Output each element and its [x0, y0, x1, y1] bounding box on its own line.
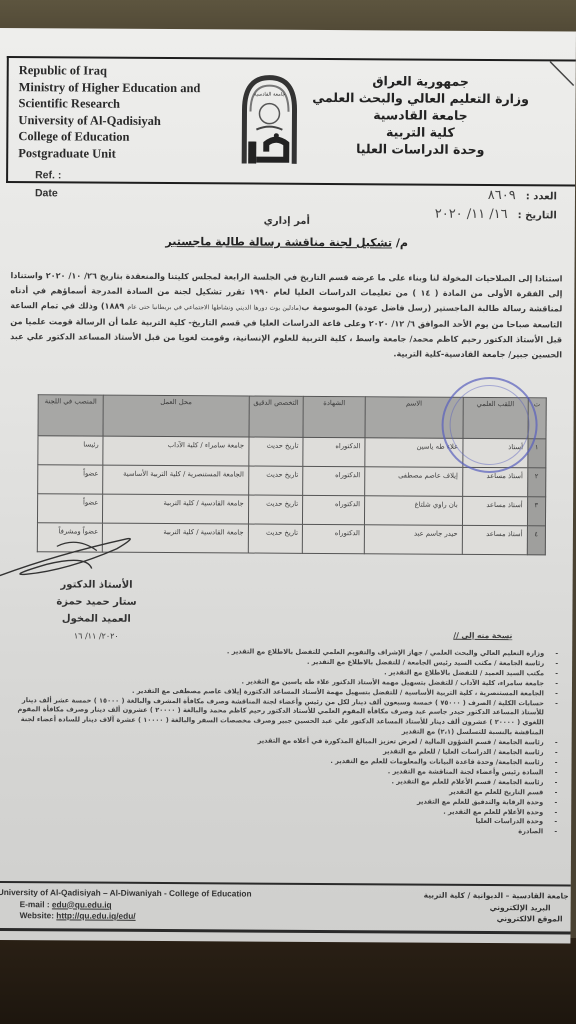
cell-name: حيدر جاسم عبد	[364, 525, 462, 555]
letterhead-arabic: جمهورية العراق وزارة التعليم العالي والب…	[305, 72, 536, 158]
cell-degree: الدكتوراه	[303, 495, 365, 524]
thesis-title: (مادلين بوث دورها الديني ونشاطها الاجتما…	[127, 304, 301, 312]
en-line-unit: Postgraduate Unit	[18, 145, 200, 163]
cell-name: إيلاف عاصم مصطفى	[365, 467, 463, 497]
footer-arabic: جامعة القادسية – الديوانية / كلية التربي…	[423, 890, 568, 925]
signatory-date: ٢٠٢٠/ ١١/ ١٦	[16, 627, 176, 645]
list-item: الصادرة	[12, 824, 557, 837]
cell-role: عضواً	[38, 465, 103, 494]
cell-degree: الدكتوراه	[303, 466, 365, 495]
signatory-title: الأستاذ الدكتور	[17, 576, 177, 594]
svg-text:جامعة القادسية: جامعة القادسية	[254, 92, 286, 98]
ar-line-university: جامعة القادسية	[305, 106, 535, 124]
cell-degree: الدكتوراه	[302, 524, 364, 553]
subject-text: تشكيل لجنة مناقشة رسالة طالبة ماجستير	[165, 235, 392, 249]
cell-workplace: جامعة القادسية / كلية التربية	[103, 494, 249, 524]
cell-specialization: تاريخ حديث	[248, 466, 303, 495]
cell-specialization: تاريخ حديث	[248, 524, 303, 553]
ar-line-unit: وحدة الدراسات العليا	[305, 140, 535, 158]
cell-index: ٣	[527, 497, 546, 526]
col-header-specialization: التخصص الدقيق	[249, 396, 304, 437]
cell-degree: الدكتوراه	[303, 437, 365, 466]
ar-line-college: كلية التربية	[305, 123, 535, 141]
background-surface-bottom	[0, 938, 576, 1024]
corner-fold-mark	[550, 61, 576, 87]
order-body: استنادا إلى الصلاحيات المخولة لنا وبناء …	[10, 268, 563, 362]
website-link[interactable]: http://qu.edu.iq/edu/	[56, 910, 135, 920]
cell-name: بان راوي شلتاغ	[364, 496, 462, 526]
order-subject: م/ تشكيل لجنة مناقشة رسالة طالبة ماجستير	[0, 234, 575, 251]
document-page: Republic of Iraq Ministry of Higher Educ…	[0, 28, 576, 944]
footer-english: University of Al-Qadisiyah – Al-Diwaniya…	[0, 887, 252, 923]
copies-title: نسخة منه إلى //	[453, 631, 512, 640]
cell-role: رئيسا	[38, 436, 103, 465]
university-crest-icon: جامعة القادسية	[236, 71, 303, 171]
website-label: Website:	[20, 910, 54, 920]
cell-index: ٤	[527, 526, 546, 555]
letter-footer: University of Al-Qadisiyah – Al-Diwaniya…	[0, 881, 571, 935]
subject-prefix: م/	[396, 236, 408, 249]
email-label: E-mail :	[20, 899, 50, 909]
ref-label: Ref. :	[35, 166, 61, 184]
official-stamp-inner-ring	[449, 385, 529, 465]
email-link[interactable]: edu@qu.edu.iq	[52, 899, 112, 909]
cell-specialization: تاريخ حديث	[248, 495, 303, 524]
cell-workplace: الجامعة المستنصرية / كلية التربية الأساس…	[103, 465, 249, 495]
order-type: أمر إداري	[0, 214, 575, 229]
en-line-research: Scientific Research	[18, 95, 200, 113]
table-row: ٣ أستاذ مساعد بان راوي شلتاغ الدكتوراه ت…	[37, 494, 545, 526]
en-line-university: University of Al-Qadisiyah	[18, 112, 200, 130]
col-header-workplace: محل العمل	[103, 395, 249, 437]
copies-list: وزارة التعليم العالي والبحث العلمي / جها…	[12, 646, 558, 838]
ar-line-republic: جمهورية العراق	[306, 72, 536, 90]
ar-number-value: ٨٦٠٩	[488, 188, 516, 203]
en-line-college: College of Education	[18, 128, 200, 146]
signatory-block: الأستاذ الدكتور ستار حميد حمزة العميد ال…	[16, 576, 176, 645]
footer-ar-website: الموقع الالكتروني	[423, 913, 568, 925]
footer-ar-address: جامعة القادسية – الديوانية / كلية التربي…	[424, 890, 569, 902]
date-label: Date	[35, 184, 61, 202]
en-line-republic: Republic of Iraq	[19, 62, 201, 80]
cell-rank: أستاذ مساعد	[462, 496, 527, 525]
footer-ar-email: البريد الإلكتروني	[424, 901, 569, 913]
list-item: حسابات الكلية / الصرف ( ٧٥٠٠٠ ) خمسة وسب…	[13, 696, 558, 739]
letterhead-english: Republic of Iraq Ministry of Higher Educ…	[18, 62, 200, 162]
cell-role: عضواً	[37, 494, 102, 523]
en-line-ministry: Ministry of Higher Education and	[19, 79, 201, 97]
signatory-position: العميد المخول	[16, 610, 176, 628]
table-row: ٢ أستاذ مساعد إيلاف عاصم مصطفى الدكتوراه…	[38, 465, 546, 497]
col-header-role: المنصب في اللجنة	[38, 395, 103, 436]
col-header-degree: الشهادة	[303, 396, 365, 437]
ar-number-label: العدد :	[526, 191, 557, 202]
cell-workplace: جامعة سامراء / كلية الآداب	[103, 436, 249, 466]
cell-rank: أستاذ مساعد	[462, 525, 527, 554]
ar-line-ministry: وزارة التعليم العالي والبحث العلمي	[306, 89, 536, 107]
signatory-name: ستار حميد حمزة	[16, 593, 176, 611]
cell-specialization: تاريخ حديث	[248, 437, 303, 466]
cell-index: ٢	[527, 468, 546, 497]
reference-english: Ref. : Date	[35, 166, 61, 202]
letterhead: Republic of Iraq Ministry of Higher Educ…	[6, 56, 576, 186]
